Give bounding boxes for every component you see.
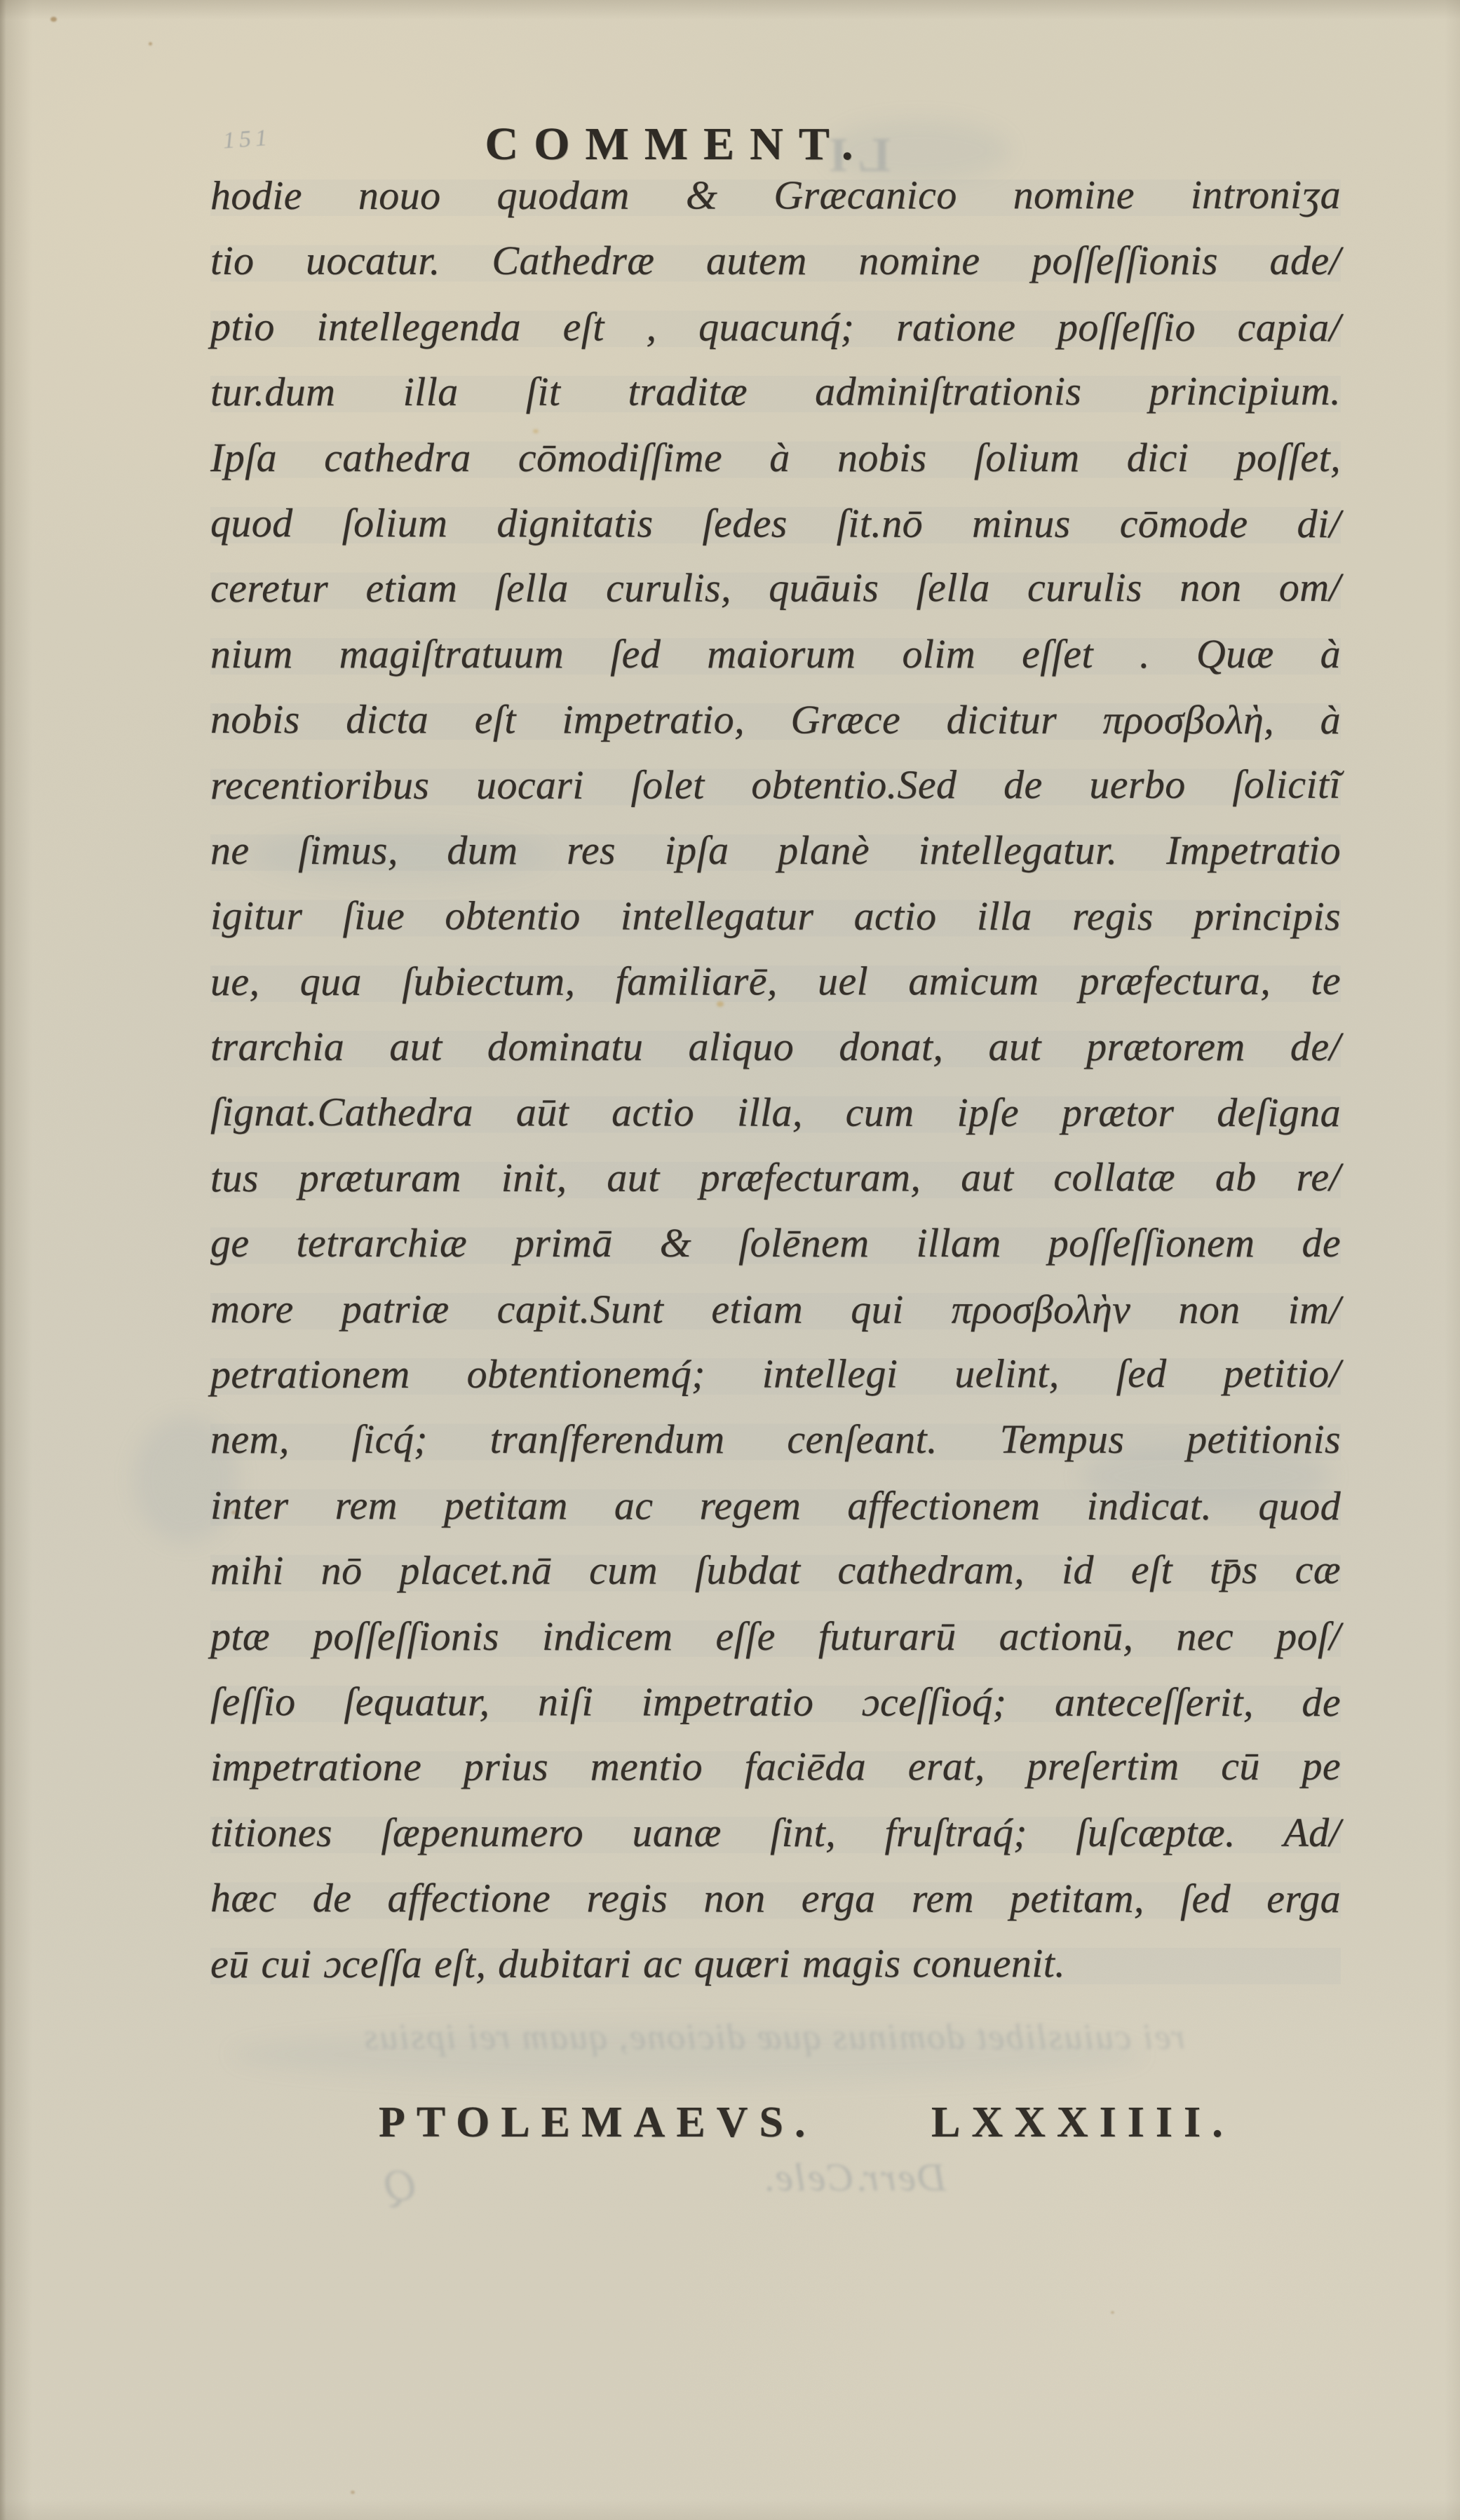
text-line: eū cui ɔceſſa eſt, dubitari ac quæri mag… bbox=[210, 1930, 1341, 1996]
verso-bleed-catchword: Derr.Cele. bbox=[762, 2155, 946, 2200]
text-line: impetratione prius mentio faciēda erat, … bbox=[210, 1733, 1341, 1800]
foxing-speck bbox=[1111, 2311, 1114, 2314]
foxing-speck bbox=[50, 17, 57, 22]
text-line: ge tetrarchiæ primā & ſolēnem illam poſſ… bbox=[210, 1210, 1341, 1275]
text-line: recentioribus uocari ſolet obtentio.Sed … bbox=[210, 751, 1341, 818]
main-text-block: hodie nouo quodam & Græcanico nomine int… bbox=[210, 163, 1341, 1996]
text-line: tus præturam init, aut præfecturam, aut … bbox=[210, 1144, 1341, 1211]
text-line: ne ſimus, dum res ipſa planè intellegatu… bbox=[210, 818, 1341, 883]
text-line: ue, qua ſubiectum, familiarē, uel amicum… bbox=[210, 947, 1341, 1014]
text-line: tio uocatur. Cathedræ autem nomine poſſe… bbox=[210, 228, 1341, 293]
text-line: mihi nō placet.nā cum ſubdat cathedram, … bbox=[210, 1537, 1341, 1604]
text-line: nem, ſicq́; tranſferendum cenſeant. Temp… bbox=[210, 1407, 1341, 1472]
text-line: nium magiſtratuum ſed maiorum olim eſſet… bbox=[210, 621, 1341, 686]
foxing-speck bbox=[149, 42, 152, 46]
text-line: Ipſa cathedra cōmodiſſime à nobis ſolium… bbox=[210, 425, 1341, 490]
book-page-scan: LI 151 COMMENT. hodie nouo quodam & Græc… bbox=[0, 0, 1460, 2520]
text-line: petrationem obtentionemq́; intellegi uel… bbox=[210, 1341, 1341, 1407]
text-line: igitur ſiue obtentio intellegatur actio … bbox=[210, 883, 1341, 949]
text-line: hæc de affectione regis non erga rem pet… bbox=[210, 1865, 1341, 1932]
text-line: hodie nouo quodam & Græcanico nomine int… bbox=[210, 162, 1341, 229]
folio-number-roman: LXXXIIII. bbox=[931, 2098, 1234, 2148]
text-line: ptio intellegenda eſt , quacunq́; ration… bbox=[210, 294, 1341, 360]
text-line: ptæ poſſeſſionis indicem eſſe futurarū a… bbox=[210, 1604, 1341, 1669]
text-line: trarchia aut dominatu aliquo donat, aut … bbox=[210, 1014, 1341, 1079]
verso-bleed-initial: Q bbox=[384, 2160, 417, 2211]
text-line: ſeſſio ſequatur, niſi impetratio ɔceſſio… bbox=[210, 1669, 1341, 1735]
text-line: more patriæ capit.Sunt etiam qui προσβολ… bbox=[210, 1276, 1341, 1343]
text-line: titiones ſæpenumero uanæ ſint, fruſtraq́… bbox=[210, 1800, 1341, 1865]
signature-title: PTOLEMAEVS. bbox=[379, 2098, 816, 2148]
text-line: ceretur etiam ſella curulis, quāuis ſell… bbox=[210, 555, 1341, 621]
text-line: tur.dum illa ſit traditæ adminiſtrationi… bbox=[210, 358, 1341, 425]
text-line: quod ſolium dignitatis ſedes ſit.nō minu… bbox=[210, 490, 1341, 557]
text-line: inter rem petitam ac regem affectionem i… bbox=[210, 1472, 1341, 1539]
text-line: nobis dicta eſt impetratio, Græce dicitu… bbox=[210, 686, 1341, 753]
text-line: ſignat.Cathedra aūt actio illa, cum ipſe… bbox=[210, 1080, 1341, 1146]
show-through-blotch bbox=[231, 2026, 1143, 2082]
foxing-speck bbox=[351, 2491, 355, 2494]
